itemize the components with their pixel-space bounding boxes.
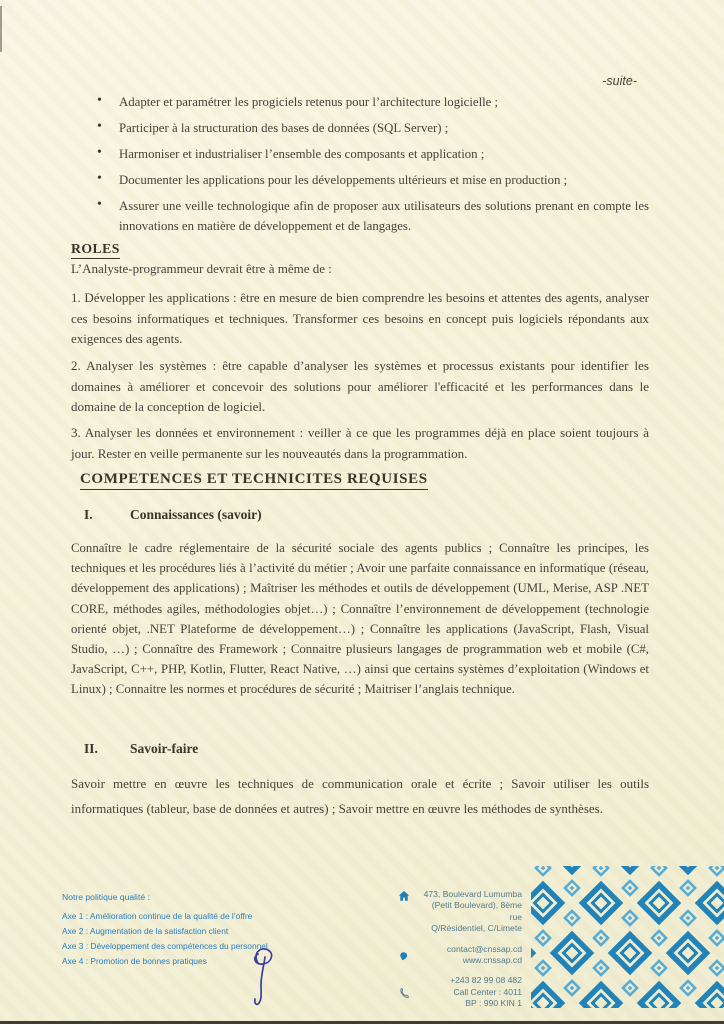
web-lines: contact@cnssap.cd www.cnssap.cd bbox=[417, 944, 522, 967]
phone-line: Call Center : 4011 bbox=[417, 987, 522, 998]
subsection-heading-savoir-faire: II.Savoir-faire bbox=[71, 741, 198, 757]
scanned-document-page: -suite- Adapter et paramétrer les progic… bbox=[0, 0, 724, 1024]
address-line: 473, Boulevard Lumumba bbox=[417, 889, 522, 900]
subsection-title: Connaissances (savoir) bbox=[130, 507, 262, 522]
home-icon bbox=[398, 890, 410, 902]
quality-policy-item: Axe 4 : Promotion de bonnes pratiques bbox=[62, 954, 268, 969]
subsection-heading-connaissances: I.Connaissances (savoir) bbox=[71, 507, 262, 523]
address-row: 473, Boulevard Lumumba (Petit Boulevard)… bbox=[398, 889, 522, 935]
quality-policy-item: Axe 3 : Développement des compétences du… bbox=[62, 939, 268, 954]
address-lines: 473, Boulevard Lumumba (Petit Boulevard)… bbox=[417, 889, 522, 935]
quality-policy-block: Notre politique qualité : Axe 1 : Amélio… bbox=[62, 892, 268, 969]
roles-paragraph-2: 2. Analyser les systèmes : être capable … bbox=[71, 356, 649, 418]
address-line: Q/Résidentiel, C/Limete bbox=[417, 923, 522, 934]
website-line: www.cnssap.cd bbox=[417, 955, 522, 966]
savoir-faire-body: Savoir mettre en œuvre les techniques de… bbox=[71, 772, 649, 821]
task-bullet-list: Adapter et paramétrer les progiciels ret… bbox=[71, 92, 649, 242]
list-item: Participer à la structuration des bases … bbox=[71, 118, 649, 138]
phone-icon bbox=[398, 987, 410, 999]
phone-line: BP : 990 KIN 1 bbox=[417, 998, 522, 1009]
subsection-numeral: I. bbox=[71, 507, 130, 523]
page-continuation-label: -suite- bbox=[602, 74, 637, 88]
diamond-pattern-decoration bbox=[531, 866, 724, 1008]
scan-edge-artifact-left bbox=[0, 6, 2, 52]
quality-policy-item: Axe 1 : Amélioration continue de la qual… bbox=[62, 909, 268, 924]
quality-policy-title: Notre politique qualité : bbox=[62, 892, 268, 902]
list-item: Documenter les applications pour les dév… bbox=[71, 170, 649, 190]
phone-line: +243 82 99 08 482 bbox=[417, 975, 522, 986]
roles-paragraph-3: 3. Analyser les données et environnement… bbox=[71, 423, 649, 464]
subsection-numeral: II. bbox=[71, 741, 130, 757]
web-row: contact@cnssap.cd www.cnssap.cd bbox=[398, 944, 522, 967]
phone-row: +243 82 99 08 482 Call Center : 4011 BP … bbox=[398, 975, 522, 1009]
quality-policy-item: Axe 2 : Augmentation de la satisfaction … bbox=[62, 924, 268, 939]
roles-paragraph-1: 1. Développer les applications : être en… bbox=[71, 288, 649, 350]
email-line: contact@cnssap.cd bbox=[417, 944, 522, 955]
address-line: (Petit Boulevard), 8ème rue bbox=[417, 900, 522, 923]
subsection-title: Savoir-faire bbox=[130, 741, 198, 756]
list-item: Harmoniser et industrialiser l’ensemble … bbox=[71, 144, 649, 164]
roles-intro: L’Analyste-programmeur devrait être à mê… bbox=[71, 261, 649, 277]
section-heading-roles: ROLES bbox=[71, 240, 120, 259]
list-item: Adapter et paramétrer les progiciels ret… bbox=[71, 92, 649, 112]
handwritten-signature bbox=[244, 943, 288, 1011]
section-heading-competences: COMPETENCES ET TECHNICITES REQUISES bbox=[80, 470, 428, 490]
contact-block: 473, Boulevard Lumumba (Petit Boulevard)… bbox=[398, 889, 522, 1019]
connaissances-body: Connaître le cadre réglementaire de la s… bbox=[71, 538, 649, 700]
list-item: Assurer une veille technologique afin de… bbox=[71, 196, 649, 236]
mouse-cursor-icon bbox=[398, 950, 410, 962]
phone-lines: +243 82 99 08 482 Call Center : 4011 BP … bbox=[417, 975, 522, 1009]
